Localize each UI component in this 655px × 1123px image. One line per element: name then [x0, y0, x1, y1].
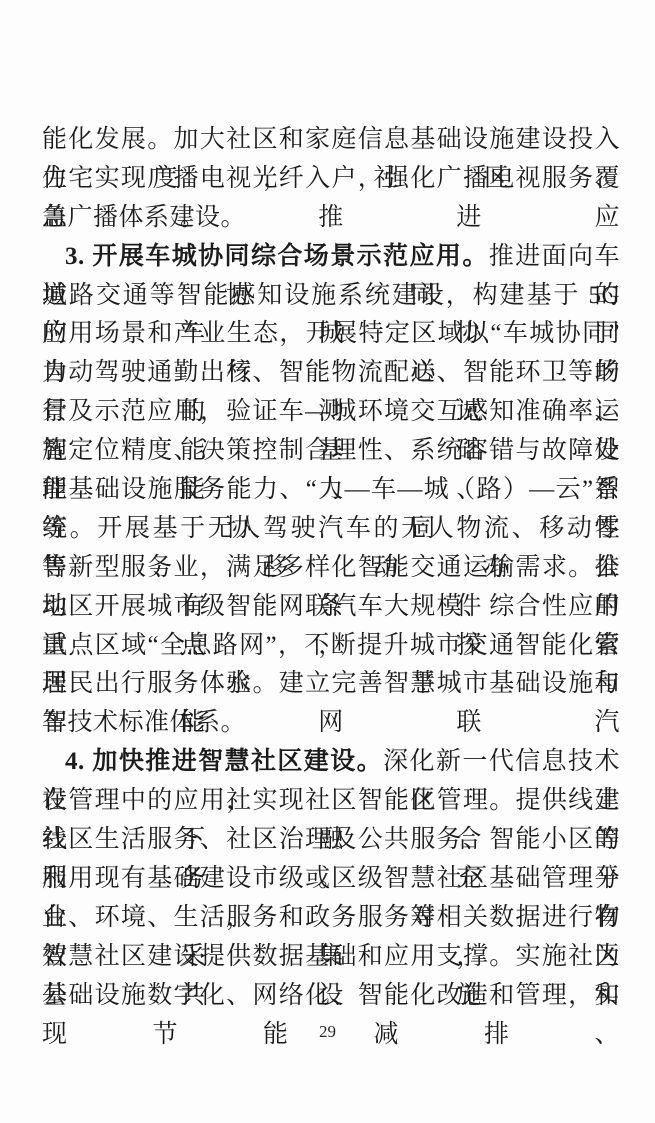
text-line: 等。开展基于无人驾驶汽车的无人物流、移动零售、移动办公	[42, 510, 620, 549]
bold-heading: 3. 开展车城协同综合场景示范应用。	[65, 243, 489, 270]
text-line: 住宅实现广播电视光纤入户，强化广播电视服务覆盖。推进应	[42, 160, 620, 199]
bold-heading: 4. 加快推进智慧社区建设。	[65, 748, 383, 775]
text-line: 设管理中的应用，实现社区智能化管理。提供线上线下融合的	[42, 782, 620, 821]
text-line: 等新型服务业，满足多样化智能交通运输需求。推动有条件的	[42, 549, 620, 588]
text-line: 3. 开展车城协同综合场景示范应用。推进面向车城协同的	[42, 238, 620, 277]
text-line: 自动驾驶通勤出行、智能物流配送、智能环卫等场景的测试运	[42, 354, 620, 393]
text-line: 4. 加快推进智慧社区建设。深化新一代信息技术在社区建	[42, 743, 620, 782]
text-line: 行及示范应用，验证车—城环境交互感知准确率、智能基础设	[42, 393, 620, 432]
text-line: 智慧社区建设提供数据基础和应用支撑。实施社区公共设施和	[42, 938, 620, 977]
text-line: 社区生活服务、社区治理及公共服务、智能小区等服务。充分	[42, 821, 620, 860]
text-line: 道路交通等智能感知设施系统建设，构建基于 5G 的车城协同	[42, 277, 620, 316]
text-line: 地区开展城市级智能网联汽车大规模、综合性应用试点，探索	[42, 588, 620, 627]
text-line: 基础设施数字化、网络化、智能化改造和管理，实现节能减排、	[42, 977, 620, 1016]
page-number: 29	[0, 1022, 655, 1042]
document-text: 能化发展。加大社区和家庭信息基础设施建设投入力度，社区、住宅实现广播电视光纤入户…	[42, 121, 620, 1015]
text-line: 施定位精度、决策控制合理性、系统容错与故障处理能力、智	[42, 432, 620, 471]
text-line: 利用现有基础建设市级或区级智慧社区基础管理平台，对物	[42, 860, 620, 899]
text-line: 应用场景和产业生态，开展特定区域以“车城协同”为核心的	[42, 315, 620, 354]
text-line: 重点区域“全息路网”，不断提升城市交通智能化管理水平和	[42, 627, 620, 666]
text-line: 业、环境、生活服务和政务服务等相关数据进行有效采集，为	[42, 899, 620, 938]
text-line: 能基础设施服务能力、“人—车—城（路）—云”系统协同性	[42, 471, 620, 510]
document-page: 能化发展。加大社区和家庭信息基础设施建设投入力度，社区、住宅实现广播电视光纤入户…	[0, 0, 655, 1123]
text-line: 能化发展。加大社区和家庭信息基础设施建设投入力度，社区、	[42, 121, 620, 160]
text-line: 居民出行服务体验。建立完善智慧城市基础设施与智能网联汽	[42, 665, 620, 704]
